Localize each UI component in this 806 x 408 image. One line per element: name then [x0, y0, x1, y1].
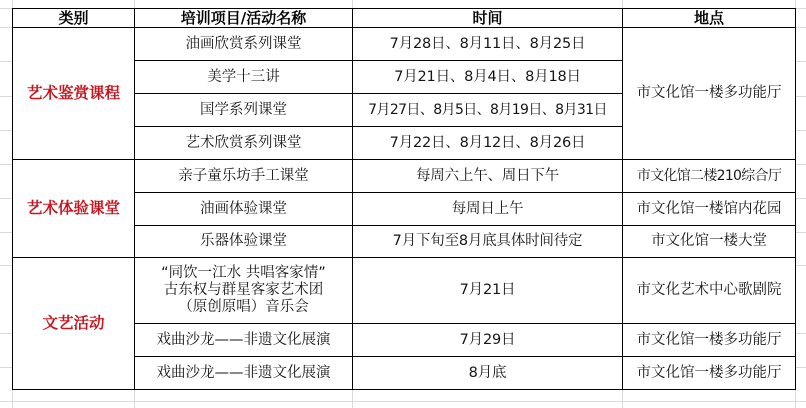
- time-cell[interactable]: 7月下旬至8月底具体时间待定: [353, 226, 623, 258]
- place-cell[interactable]: 市文化馆一楼多功能厅: [623, 357, 796, 390]
- time-cell[interactable]: 7月21日、8月4日、8月18日: [353, 61, 623, 94]
- header-place[interactable]: 地点: [623, 9, 796, 28]
- time-cell[interactable]: 7月27日、8月5日、8月19日、8月31日: [353, 94, 623, 127]
- place-cell[interactable]: 市文化馆一楼大堂: [623, 226, 796, 258]
- time-cell[interactable]: 7月21日: [353, 258, 623, 324]
- category-cell[interactable]: 艺术体验课堂: [13, 160, 135, 258]
- name-line: 古东权与群星客家艺术团: [135, 282, 352, 299]
- name-line: （原创原唱）音乐会: [135, 299, 352, 316]
- name-cell[interactable]: 艺术欣赏系列课堂: [135, 127, 353, 160]
- time-cell[interactable]: 8月底: [353, 357, 623, 390]
- table-row: 艺术体验课堂 亲子童乐坊手工课堂 每周六上午、周日下午 市文化馆二楼210综合厅: [13, 160, 796, 193]
- header-category[interactable]: 类别: [13, 9, 135, 28]
- name-cell[interactable]: 美学十三讲: [135, 61, 353, 94]
- name-cell[interactable]: 油画欣赏系列课堂: [135, 28, 353, 61]
- time-cell[interactable]: 7月22日、8月12日、8月26日: [353, 127, 623, 160]
- name-line: “同饮一江水 共唱客家情”: [135, 265, 352, 282]
- table-row: 艺术鉴赏课程 油画欣赏系列课堂 7月28日、8月11日、8月25日 市文化馆一楼…: [13, 28, 796, 61]
- time-cell[interactable]: 每周六上午、周日下午: [353, 160, 623, 193]
- name-cell[interactable]: 亲子童乐坊手工课堂: [135, 160, 353, 193]
- time-cell[interactable]: 7月29日: [353, 324, 623, 357]
- header-row: 类别 培训项目/活动名称 时间 地点: [13, 9, 796, 28]
- header-name[interactable]: 培训项目/活动名称: [135, 9, 353, 28]
- name-cell[interactable]: 国学系列课堂: [135, 94, 353, 127]
- name-cell[interactable]: 乐器体验课堂: [135, 226, 353, 258]
- category-cell[interactable]: 艺术鉴赏课程: [13, 28, 135, 160]
- time-cell[interactable]: 每周日上午: [353, 193, 623, 226]
- place-cell[interactable]: 市文化馆一楼多功能厅: [623, 28, 796, 160]
- place-cell[interactable]: 市文化馆一楼多功能厅: [623, 324, 796, 357]
- header-time[interactable]: 时间: [353, 9, 623, 28]
- name-cell[interactable]: “同饮一江水 共唱客家情” 古东权与群星客家艺术团 （原创原唱）音乐会: [135, 258, 353, 324]
- time-cell[interactable]: 7月28日、8月11日、8月25日: [353, 28, 623, 61]
- place-cell[interactable]: 市文化馆一楼馆内花园: [623, 193, 796, 226]
- place-cell[interactable]: 市文化艺术中心歌剧院: [623, 258, 796, 324]
- table-row: 文艺活动 “同饮一江水 共唱客家情” 古东权与群星客家艺术团 （原创原唱）音乐会…: [13, 258, 796, 324]
- name-cell[interactable]: 戏曲沙龙——非遗文化展演: [135, 324, 353, 357]
- category-cell[interactable]: 文艺活动: [13, 258, 135, 390]
- activity-schedule-table: 类别 培训项目/活动名称 时间 地点 艺术鉴赏课程 油画欣赏系列课堂 7月28日…: [12, 8, 796, 390]
- name-cell[interactable]: 油画体验课堂: [135, 193, 353, 226]
- name-cell[interactable]: 戏曲沙龙——非遗文化展演: [135, 357, 353, 390]
- place-cell[interactable]: 市文化馆二楼210综合厅: [623, 160, 796, 193]
